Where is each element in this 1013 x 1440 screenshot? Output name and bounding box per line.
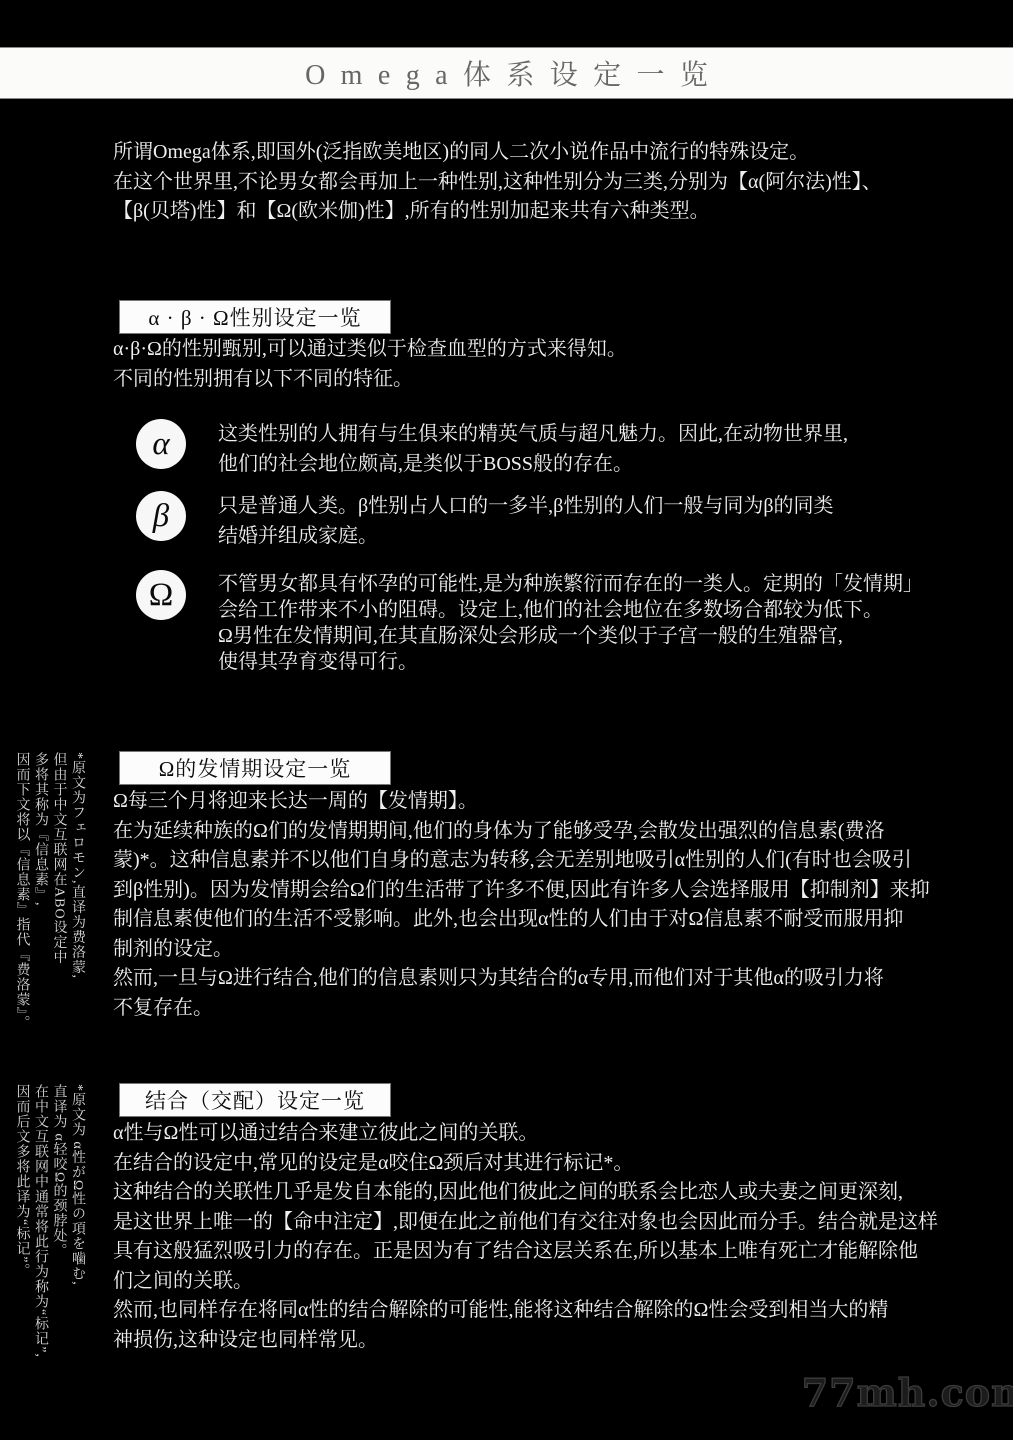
- page-title-band: Omega体系设定一览: [0, 47, 1013, 99]
- omega-badge-icon: Ω: [136, 570, 186, 620]
- footnote-marking: *原文为 α性がΩ性の項を噛む, 直译为 α轻咬Ω的颈脖处。 在中文互联网中通常…: [6, 1084, 86, 1414]
- heat-body-text: Ω每三个月将迎来长达一周的【发情期】。 在为延续种族的Ω们的发情期期间,他们的身…: [113, 787, 943, 1023]
- omega-symbol: Ω: [149, 579, 174, 612]
- section-heading-bond: 结合（交配）设定一览: [119, 1083, 391, 1117]
- section-heading-gender: α · β · Ω性别设定一览: [119, 300, 391, 334]
- watermark-77mh: 77mh.com: [824, 1368, 1010, 1416]
- alpha-description: 这类性别的人拥有与生俱来的精英气质与超凡魅力。因此,在动物世界里, 他们的社会地…: [218, 420, 938, 479]
- page-title: Omega体系设定一览: [290, 53, 724, 93]
- section-heading-heat: Ω的发情期设定一览: [119, 751, 391, 785]
- beta-badge-icon: β: [136, 491, 186, 541]
- section-heading-bond-text: 结合（交配）设定一览: [145, 1085, 365, 1115]
- intro-paragraph: 所谓Omega体系,即国外(泛指欧美地区)的同人二次小说作品中流行的特殊设定。 …: [113, 138, 923, 227]
- manga-info-page: Omega体系设定一览 所谓Omega体系,即国外(泛指欧美地区)的同人二次小说…: [0, 0, 1013, 1440]
- section-heading-heat-text: Ω的发情期设定一览: [159, 753, 352, 783]
- bond-body-text: α性与Ω性可以通过结合来建立彼此之间的关联。 在结合的设定中,常见的设定是α咬住…: [113, 1119, 948, 1355]
- omega-description: 不管男女都具有怀孕的可能性,是为种族繁衍而存在的一类人。定期的「发情期」 会给工…: [218, 571, 948, 675]
- alpha-symbol: α: [152, 428, 169, 461]
- section-heading-gender-text: α · β · Ω性别设定一览: [148, 302, 361, 332]
- alpha-badge-icon: α: [136, 419, 186, 469]
- footnote-pheromone: *原文为フェロモン,直译为费洛蒙, 但由于中文互联网在ABO设定中 多将其称为『…: [6, 752, 86, 1062]
- beta-description: 只是普通人类。β性别占人口的一多半,β性别的人们一般与同为β的同类 结婚并组成家…: [218, 492, 938, 551]
- gender-lead-text: α·β·Ω的性别甄别,可以通过类似于检查血型的方式来得知。 不同的性别拥有以下不…: [113, 335, 933, 394]
- beta-symbol: β: [153, 500, 169, 533]
